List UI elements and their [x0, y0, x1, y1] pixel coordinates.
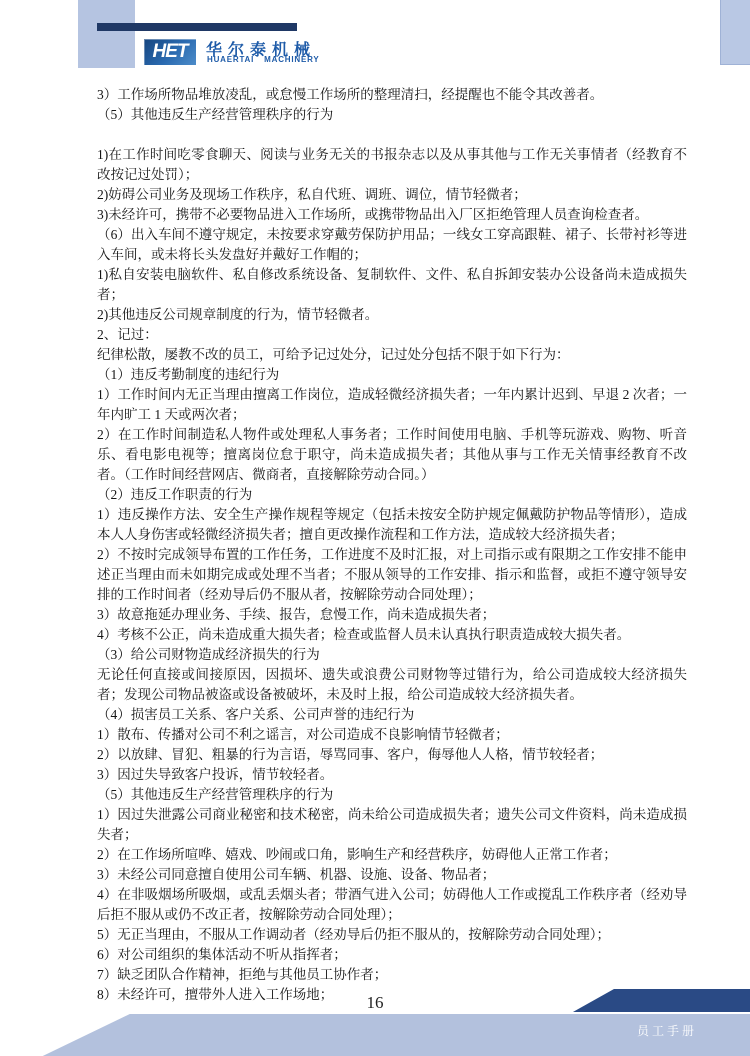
- paragraph-line: 1）散布、传播对公司不利之谣言，对公司造成不良影响情节轻微者；: [97, 725, 687, 745]
- paragraph-line: 2、记过：: [97, 325, 687, 345]
- paragraph-line: 1）因过失泄露公司商业秘密和技术秘密，尚未给公司造成损失者；遗失公司文件资料，尚…: [97, 805, 687, 845]
- company-logo: HET: [144, 39, 196, 65]
- paragraph-line: 纪律松散，屡教不改的员工，可给予记过处分，记过处分包括不限于如下行为：: [97, 345, 687, 365]
- paragraph-line: 6）对公司组织的集体活动不听从指挥者；: [97, 945, 687, 965]
- paragraph-line: （6）出入车间不遵守规定，未按要求穿戴劳保防护用品；一线女工穿高跟鞋、裙子、长带…: [97, 225, 687, 265]
- paragraph-line: 1)私自安装电脑软件、私自修改系统设备、复制软件、文件、私自拆卸安装办公设备尚未…: [97, 265, 687, 305]
- paragraph-line: （3）给公司财物造成经济损失的行为: [97, 645, 687, 665]
- paragraph-line: 无论任何直接或间接原因，因损坏、遗失或浪费公司财物等过错行为，给公司造成较大经济…: [97, 665, 687, 705]
- paragraph-line: （4）损害员工关系、客户关系、公司声誉的违纪行为: [97, 705, 687, 725]
- paragraph-line: 4）在非吸烟场所吸烟，或乱丢烟头者；带酒气进入公司；妨碍他人工作或搅乱工作秩序者…: [97, 885, 687, 925]
- paragraph-line: 3）工作场所物品堆放凌乱，或怠慢工作场所的整理清扫，经提醒也不能令其改善者。: [97, 85, 687, 105]
- paragraph-line: （5）其他违反生产经营管理秩序的行为: [97, 105, 687, 125]
- paragraph-line: 3)未经许可，携带不必要物品进入工作场所，或携带物品出入厂区拒绝管理人员查询检查…: [97, 205, 687, 225]
- blank-line: [97, 125, 687, 145]
- header-right-decoration: [720, 0, 750, 65]
- paragraph-line: 3）未经公司同意擅自使用公司车辆、机器、设施、设备、物品者；: [97, 865, 687, 885]
- paragraph-line: 2）以放肆、冒犯、粗暴的行为言语，辱骂同事、客户，侮辱他人人格，情节较轻者；: [97, 745, 687, 765]
- paragraph-line: 3）故意拖延办理业务、手续、报告，怠慢工作，尚未造成损失者；: [97, 605, 687, 625]
- paragraph-line: 1)在工作时间吃零食聊天、阅读与业务无关的书报杂志以及从事其他与工作无关事情者（…: [97, 145, 687, 185]
- paragraph-line: （2）违反工作职责的行为: [97, 485, 687, 505]
- paragraph-line: （1）违反考勤制度的违纪行为: [97, 365, 687, 385]
- header-rule-bar: [97, 23, 297, 31]
- paragraph-line: 1）违反操作方法、安全生产操作规程等规定（包括未按安全防护规定佩戴防护物品等情形…: [97, 505, 687, 545]
- paragraph-line: 2)其他违反公司规章制度的行为，情节轻微者。: [97, 305, 687, 325]
- handbook-page: HET 华尔泰机械 HUAERTAI MACHINERY 3）工作场所物品堆放凌…: [0, 0, 750, 1056]
- logo-text: HET: [153, 41, 188, 63]
- paragraph-line: 2）不按时完成领导布置的工作任务，工作进度不及时汇报，对上司指示或有限期之工作安…: [97, 545, 687, 605]
- document-body: 3）工作场所物品堆放凌乱，或怠慢工作场所的整理清扫，经提醒也不能令其改善者。（5…: [97, 85, 687, 1005]
- paragraph-line: 2)妨碍公司业务及现场工作秩序，私自代班、调班、调位，情节轻微者；: [97, 185, 687, 205]
- company-name-english: HUAERTAI MACHINERY: [207, 55, 320, 64]
- paragraph-line: 5）无正当理由，不服从工作调动者（经劝导后仍拒不服从的，按解除劳动合同处理）；: [97, 925, 687, 945]
- paragraph-line: 1）工作时间内无正当理由擅离工作岗位，造成轻微经济损失者；一年内累计迟到、早退 …: [97, 385, 687, 425]
- paragraph-line: 3）因过失导致客户投诉，情节较轻者。: [97, 765, 687, 785]
- paragraph-line: 2）在工作场所喧哗、嬉戏、吵闹或口角，影响生产和经营秩序，妨碍他人正常工作者；: [97, 845, 687, 865]
- paragraph-line: 4）考核不公正，尚未造成重大损失者；检查或监督人员未认真执行职责造成较大损失者。: [97, 625, 687, 645]
- handbook-title-label: 员工手册: [612, 1022, 722, 1039]
- paragraph-line: 2）在工作时间制造私人物件或处理私人事务者；工作时间使用电脑、手机等玩游戏、购物…: [97, 425, 687, 485]
- header-left-decoration: [78, 0, 135, 68]
- paragraph-line: （5）其他违反生产经营管理秩序的行为: [97, 785, 687, 805]
- paragraph-line: 7）缺乏团队合作精神，拒绝与其他员工协作者；: [97, 965, 687, 985]
